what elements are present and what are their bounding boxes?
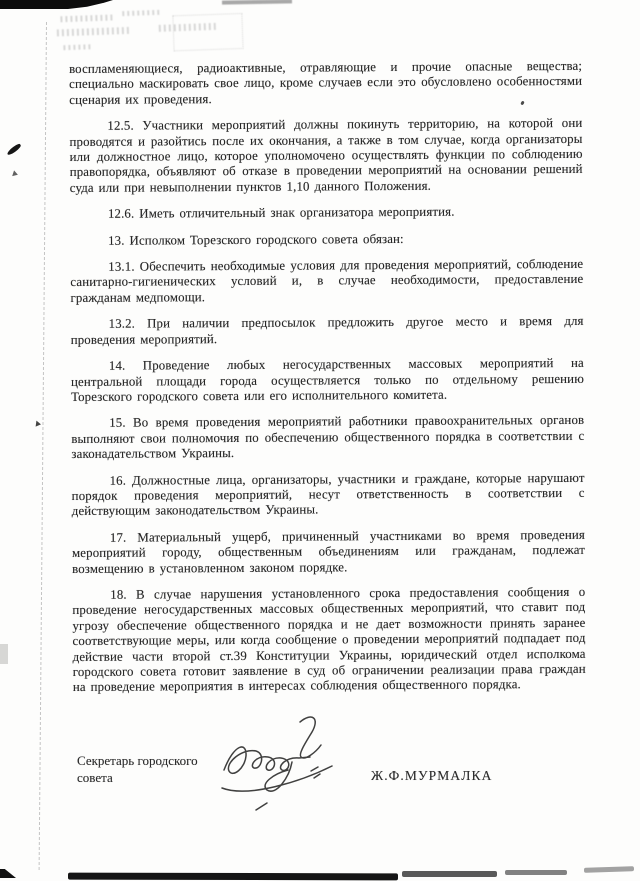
paragraph-15: 15. Во время проведения мероприятий рабо… xyxy=(71,413,584,462)
paragraph-13-1: 13.1. Обеспечить необходимые условия для… xyxy=(70,257,583,306)
paragraph-13: 13. Исполком Торезского городского совет… xyxy=(70,231,583,250)
margin-tick-artifact xyxy=(36,421,42,428)
scan-bottom-bar-artifact xyxy=(402,871,497,877)
margin-tick-artifact xyxy=(12,170,19,177)
paragraph-12-5: 12.5. Участники мероприятий должны покин… xyxy=(69,116,582,196)
scan-corner-artifact xyxy=(0,0,113,9)
paragraph-14: 14. Проведение любых негосударственных м… xyxy=(71,356,584,405)
scan-bottom-bar-artifact xyxy=(68,873,398,881)
scan-bottom-corner-artifact xyxy=(0,869,16,878)
paragraph-17: 17. Материальный ущерб, причиненный учас… xyxy=(72,528,585,577)
scan-bottom-bar-artifact xyxy=(584,866,634,873)
paragraph-12-6: 12.6. Иметь отличительный знак организат… xyxy=(70,204,583,223)
paragraph-13-2: 13.2. При наличии предпосылок предложить… xyxy=(71,314,584,348)
scan-edge-artifact xyxy=(0,644,8,664)
handwritten-signature xyxy=(216,708,366,816)
document-body: воспламеняющиеся, радиоактивные, отравля… xyxy=(69,59,586,707)
scan-smudge-artifact xyxy=(222,0,292,5)
faint-stamp-imprint xyxy=(54,5,256,64)
paragraph-16: 16. Должностные лица, организаторы, учас… xyxy=(72,470,585,519)
signer-name: Ж.Ф.МУРМАЛКА xyxy=(371,768,492,784)
scanned-document-page: воспламеняющиеся, радиоактивные, отравля… xyxy=(0,0,640,881)
paragraph-18: 18. В случае нарушения установленного ср… xyxy=(72,585,586,696)
scan-bottom-bar-artifact xyxy=(505,870,567,875)
page-fold-line xyxy=(39,22,47,870)
pen-mark-artifact xyxy=(6,143,22,156)
signer-role-label: Секретарь городского совета xyxy=(77,753,217,786)
paragraph-intro-continuation: воспламеняющиеся, радиоактивные, отравля… xyxy=(69,59,582,108)
